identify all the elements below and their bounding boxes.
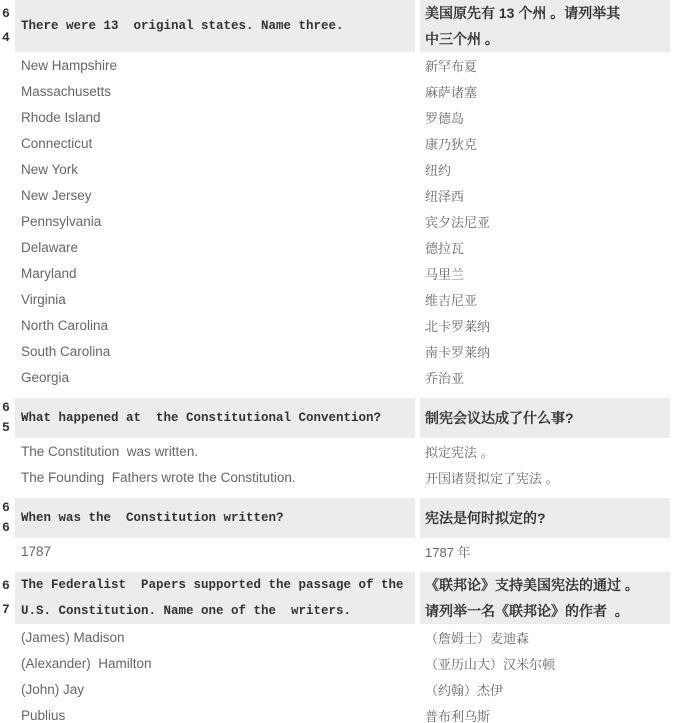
question-text-en: There were 13 original states. Name thre… xyxy=(15,0,415,52)
answer-text-zh: （詹姆士）麦迪森 xyxy=(420,628,670,647)
answer-text-en: (Alexander) Hamilton xyxy=(15,656,415,671)
answer-text-zh: 宾夕法尼亚 xyxy=(420,212,670,231)
question-block-67: 6 7 The Federalist Papers supported the … xyxy=(0,572,670,723)
question-header-67: 6 7 The Federalist Papers supported the … xyxy=(0,572,670,624)
question-number-digit: 6 xyxy=(2,519,10,537)
answer-text-en: Virginia xyxy=(15,292,415,307)
answer-text-en: Maryland xyxy=(15,266,415,281)
answer-text-zh: 北卡罗莱纳 xyxy=(420,316,670,335)
question-text-en: What happened at the Constitutional Conv… xyxy=(15,398,415,438)
answer-row: (John) Jay （约翰）杰伊 xyxy=(0,676,670,702)
answer-text-en: Georgia xyxy=(15,370,415,385)
answer-text-en: North Carolina xyxy=(15,318,415,333)
question-number-digit: 6 xyxy=(2,577,10,595)
answer-text-zh: 纽泽西 xyxy=(420,186,670,205)
question-text-zh: 美国原先有 13 个州 。请列举其 中三个州 。 xyxy=(420,0,670,52)
question-number-digit: 4 xyxy=(2,29,10,47)
answer-text-zh: 1787 年 xyxy=(420,542,670,561)
question-block-64: 6 4 There were 13 original states. Name … xyxy=(0,0,670,390)
answer-text-zh: 普布利乌斯 xyxy=(420,706,670,723)
answer-text-en: Massachusetts xyxy=(15,84,415,99)
question-number-digit: 6 xyxy=(2,499,10,517)
answer-text-en: Delaware xyxy=(15,240,415,255)
question-text-en: When was the Constitution written? xyxy=(15,498,415,538)
answer-text-zh: 纽约 xyxy=(420,160,670,179)
question-text-en: The Federalist Papers supported the pass… xyxy=(15,572,415,624)
answer-row: The Constitution was written. 拟定宪法 。 xyxy=(0,438,670,464)
answer-row: (Alexander) Hamilton （亚历山大）汉米尔顿 xyxy=(0,650,670,676)
answer-text-zh: 乔治亚 xyxy=(420,368,670,387)
answer-text-en: New York xyxy=(15,162,415,177)
answer-text-zh: 维吉尼亚 xyxy=(420,290,670,309)
answer-row: Publius 普布利乌斯 xyxy=(0,702,670,723)
answer-text-en: (James) Madison xyxy=(15,630,415,645)
answer-text-zh: 拟定宪法 。 xyxy=(420,442,670,461)
question-number-digit: 6 xyxy=(2,5,10,23)
answer-text-zh: 开国诸贤拟定了宪法 。 xyxy=(420,468,670,487)
question-number-65: 6 5 xyxy=(0,398,15,438)
answer-row: The Founding Fathers wrote the Constitut… xyxy=(0,464,670,490)
answer-text-en: Pennsylvania xyxy=(15,214,415,229)
answer-text-zh: 马里兰 xyxy=(420,264,670,283)
answer-text-zh: 南卡罗莱纳 xyxy=(420,342,670,361)
question-block-65: 6 5 What happened at the Constitutional … xyxy=(0,398,670,490)
answer-row: Maryland 马里兰 xyxy=(0,260,670,286)
question-header-64: 6 4 There were 13 original states. Name … xyxy=(0,0,670,52)
answer-row: South Carolina 南卡罗莱纳 xyxy=(0,338,670,364)
answer-text-en: South Carolina xyxy=(15,344,415,359)
question-number-digit: 7 xyxy=(2,601,10,619)
question-number-67: 6 7 xyxy=(0,572,15,624)
answer-text-en: Rhode Island xyxy=(15,110,415,125)
answer-text-en: The Constitution was written. xyxy=(15,444,415,459)
answer-text-en: Connecticut xyxy=(15,136,415,151)
citizenship-qa-document: 6 4 There were 13 original states. Name … xyxy=(0,0,676,723)
question-block-66: 6 6 When was the Constitution written? 宪… xyxy=(0,498,670,564)
answer-row: Delaware 德拉瓦 xyxy=(0,234,670,260)
answer-row: Virginia 维吉尼亚 xyxy=(0,286,670,312)
answer-text-zh: （亚历山大）汉米尔顿 xyxy=(420,654,670,673)
question-header-65: 6 5 What happened at the Constitutional … xyxy=(0,398,670,438)
answer-text-en: The Founding Fathers wrote the Constitut… xyxy=(15,470,415,485)
question-number-66: 6 6 xyxy=(0,498,15,538)
answer-text-en: New Jersey xyxy=(15,188,415,203)
answer-row: Connecticut 康乃狄克 xyxy=(0,130,670,156)
answer-row: New York 纽约 xyxy=(0,156,670,182)
answer-text-zh: 康乃狄克 xyxy=(420,134,670,153)
answer-row: 1787 1787 年 xyxy=(0,538,670,564)
question-number-digit: 6 xyxy=(2,399,10,417)
answer-text-zh: 新罕布夏 xyxy=(420,56,670,75)
answer-text-en: New Hampshire xyxy=(15,58,415,73)
answer-text-en: 1787 xyxy=(15,544,415,559)
answer-row: (James) Madison （詹姆士）麦迪森 xyxy=(0,624,670,650)
question-number-64: 6 4 xyxy=(0,0,15,52)
answer-row: Rhode Island 罗德岛 xyxy=(0,104,670,130)
question-text-zh: 《联邦论》支持美国宪法的通过 。 请列举一名《联邦论》的作者 。 xyxy=(420,572,670,624)
answer-row: New Hampshire 新罕布夏 xyxy=(0,52,670,78)
answer-row: Pennsylvania 宾夕法尼亚 xyxy=(0,208,670,234)
answer-text-zh: （约翰）杰伊 xyxy=(420,680,670,699)
answer-text-zh: 罗德岛 xyxy=(420,108,670,127)
answer-text-zh: 德拉瓦 xyxy=(420,238,670,257)
answer-text-zh: 麻萨诸塞 xyxy=(420,82,670,101)
question-header-66: 6 6 When was the Constitution written? 宪… xyxy=(0,498,670,538)
answer-row: New Jersey 纽泽西 xyxy=(0,182,670,208)
question-text-zh: 制宪会议达成了什么事? xyxy=(420,398,670,438)
answer-row: Massachusetts 麻萨诸塞 xyxy=(0,78,670,104)
answer-row: Georgia 乔治亚 xyxy=(0,364,670,390)
answer-text-en: Publius xyxy=(15,708,415,723)
question-number-digit: 5 xyxy=(2,419,10,437)
answer-row: North Carolina 北卡罗莱纳 xyxy=(0,312,670,338)
question-text-zh: 宪法是何时拟定的? xyxy=(420,498,670,538)
answer-text-en: (John) Jay xyxy=(15,682,415,697)
